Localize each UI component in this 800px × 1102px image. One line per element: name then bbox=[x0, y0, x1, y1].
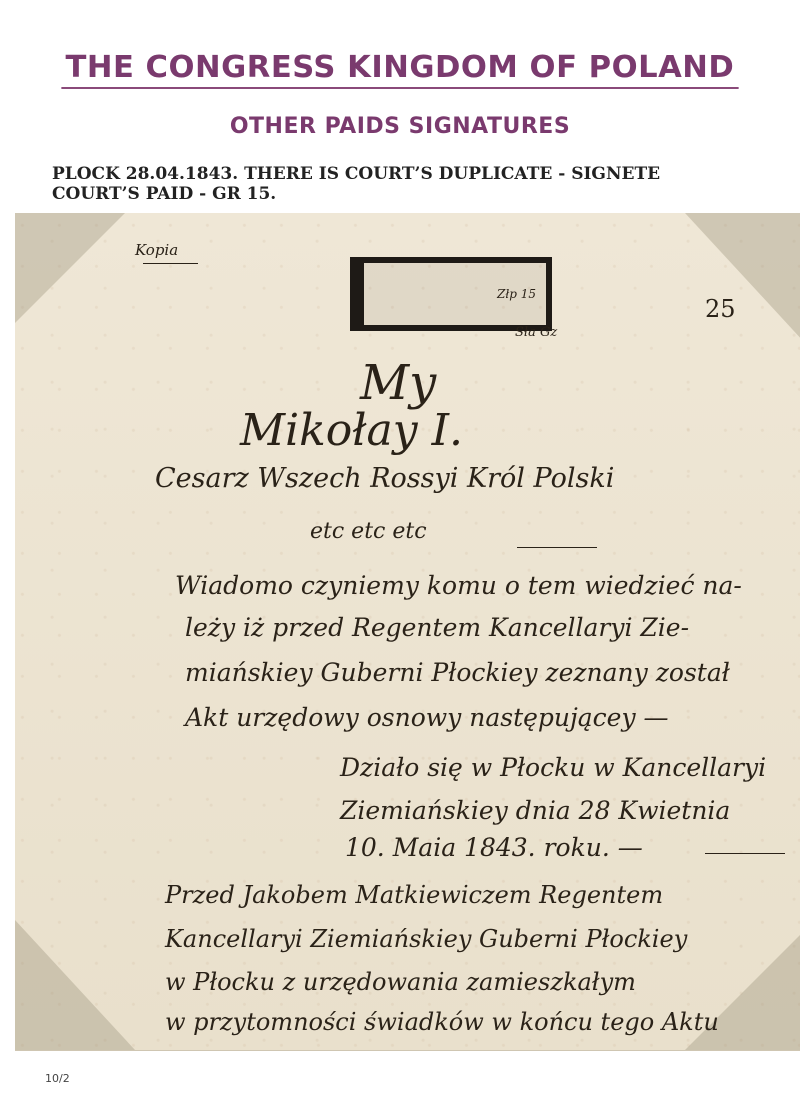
manuscript-line: Cesarz Wszech Rossyi Król Polski bbox=[155, 463, 614, 494]
manuscript-line: Przed Jakobem Matkiewiczem Regentem bbox=[165, 881, 663, 909]
revenue-stamp-signete: Złp 15 bbox=[350, 257, 552, 331]
underline bbox=[143, 263, 198, 264]
manuscript-line: Ziemiańskiey dnia 28 Kwietnia bbox=[340, 796, 730, 825]
stamp-annotation: Sła Gz bbox=[515, 325, 557, 340]
manuscript-line: leży iż przed Regentem Kancellaryi Zie- bbox=[185, 613, 689, 642]
page-subtitle: OTHER PAIDS SIGNATURES bbox=[0, 114, 800, 139]
manuscript-line: 10. Maia 1843. roku. — bbox=[345, 833, 643, 862]
corner-note-kopia: Kopia bbox=[135, 241, 178, 259]
manuscript-line: Mikołay I. bbox=[240, 405, 463, 456]
manuscript-line: w przytomności świadków w końcu tego Akt… bbox=[165, 1008, 719, 1036]
stamp-value: Złp 15 bbox=[497, 287, 536, 301]
underline bbox=[517, 547, 597, 548]
manuscript-line: etc etc etc bbox=[310, 519, 427, 544]
photo-corner-mount-bottom-left bbox=[15, 920, 135, 1050]
manuscript-line: w Płocku z urzędowania zamieszkałym bbox=[165, 968, 636, 996]
manuscript-line: Akt urzędowy osnowy następującey — bbox=[185, 703, 669, 732]
photo-corner-mount-top-left bbox=[15, 213, 125, 323]
manuscript-line: Kancellaryi Ziemiańskiey Guberni Płockie… bbox=[165, 925, 687, 953]
manuscript-line: Działo się w Płocku w Kancellaryi bbox=[340, 753, 766, 782]
manuscript-document: Kopia Złp 15 Sła Gz 25 My Mikołay I. Ces… bbox=[15, 213, 800, 1050]
page-reference: 10/2 bbox=[45, 1072, 70, 1085]
underline bbox=[705, 853, 785, 854]
manuscript-line: My bbox=[360, 355, 436, 411]
photo-corner-mount-top-right bbox=[685, 213, 800, 343]
manuscript-line: miańskiey Guberni Płockiey zeznany zosta… bbox=[185, 658, 730, 687]
item-caption: PLOCK 28.04.1843. THERE IS COURT’S DUPLI… bbox=[52, 164, 742, 204]
page-title-wrap: THE CONGRESS KINGDOM OF POLAND bbox=[0, 50, 800, 89]
page-title: THE CONGRESS KINGDOM OF POLAND bbox=[61, 50, 738, 89]
page-number: 25 bbox=[705, 295, 736, 323]
manuscript-line: Wiadomo czyniemy komu o tem wiedzieć na- bbox=[175, 571, 742, 600]
